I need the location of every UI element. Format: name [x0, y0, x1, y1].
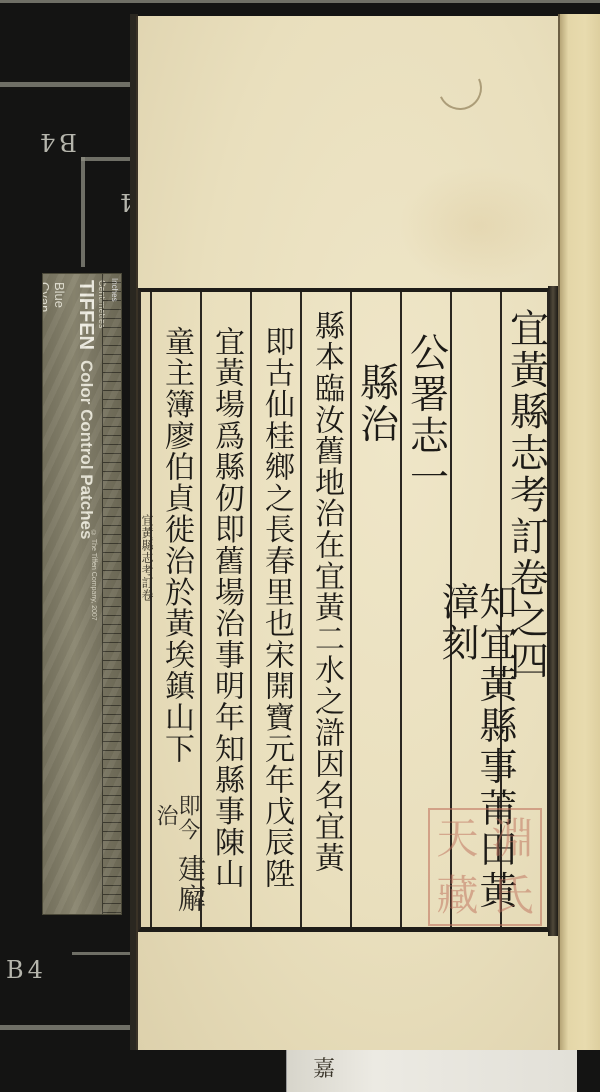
column-body-2: 即古仙桂鄉之長春里也宋開寶元年戊辰陞 [250, 292, 300, 927]
seal-char: 淵 [485, 810, 540, 867]
section-heading: 公署志一 [402, 332, 450, 498]
swatch-label: Cyan [42, 282, 52, 344]
slip-character: 嘉 [313, 1052, 335, 1083]
cm-label: Centimetres [97, 280, 107, 329]
inch-ruler: Inches [102, 274, 121, 914]
tiffen-logo: TIFFEN [75, 280, 97, 350]
mat-line-upper [0, 82, 136, 87]
swatch-labels: Blue Cyan Green Yellow Red Magenta White… [45, 274, 67, 914]
mat-line-top [0, 0, 600, 3]
color-control-strip: Blue Cyan Green Yellow Red Magenta White… [42, 273, 122, 915]
interlinear-note-right: 即今 [176, 794, 198, 842]
column-subsection: 縣治 [350, 292, 400, 927]
body-text: 縣本臨汝舊地治在宜黃二水之滸因名宜黃 [302, 310, 350, 873]
seal-char: 藏 [430, 867, 485, 924]
centimetre-scale: Centimetres © The Tiffen Company, 2007 [93, 274, 107, 914]
column-body-1: 縣本臨汝舊地治在宜黃二水之滸因名宜黃 [300, 292, 350, 927]
body-text: 宜黃場爲縣仞即舊場治事明年知縣事陳山 [202, 326, 250, 889]
mat-label-b4-rotated: B4 [36, 128, 77, 156]
strip-title: Color Control Patches [77, 360, 96, 539]
book-fold-edge [558, 14, 600, 1050]
strip-brand-column: TIFFEN Color Control Patches [67, 274, 97, 914]
body-text: 即古仙桂鄉之長春里也宋開寶元年戊辰陞 [252, 326, 300, 889]
column-body-4: 童主簿廖伯貞徙治於黃埃鎮山下 即今 建廨 治 [150, 292, 200, 927]
seal-char: 天 [430, 810, 485, 867]
seal-char: 氏 [485, 867, 540, 924]
mat-line-inner-h [81, 157, 136, 161]
strip-copyright: © The Tiffen Company, 2007 [90, 530, 97, 914]
swatch-label: Blue [52, 282, 67, 344]
paper-stain [432, 60, 488, 116]
mat-label-b4: B4 [6, 956, 47, 984]
mat-line-bottom [0, 1025, 132, 1030]
body-text: 童主簿廖伯貞徙治於黃埃鎮山下 [152, 326, 200, 764]
water-stain [398, 166, 558, 286]
mat-line-lower [72, 952, 132, 955]
interlinear-note-right-2: 建廨 [176, 854, 204, 914]
column-body-3: 宜黃場爲縣仞即舊場治事明年知縣事陳山 [200, 292, 250, 927]
collector-seal: 天 淵 藏 氏 [428, 808, 542, 926]
interlinear-note-left: 治 [154, 804, 176, 828]
inch-label: Inches [110, 278, 119, 302]
mat-line-inner-v [81, 157, 85, 267]
tucked-slip: 嘉 [286, 1050, 577, 1092]
subsection-heading: 縣治 [352, 362, 400, 445]
